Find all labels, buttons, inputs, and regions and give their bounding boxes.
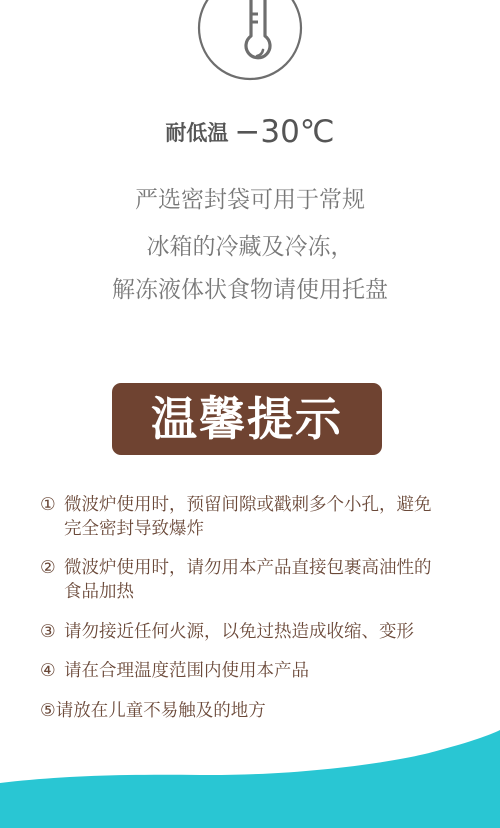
tip-item: ④请在合理温度范围内使用本产品 (40, 659, 470, 683)
description-line: 严选密封袋可用于常规 (0, 181, 500, 214)
tip-text: 请勿接近任何火源，以免过热造成收缩、变形 (64, 622, 414, 642)
tip-number: ③ (40, 620, 64, 644)
tip-item: ①微波炉使用时，预留间隙或戳刺多个小孔，避免 完全密封导致爆炸 (40, 493, 470, 541)
feature-value: −30℃ (234, 114, 334, 150)
description-line: 解冻液体状食物请使用托盘 (0, 271, 500, 304)
tip-text: 请在合理温度范围内使用本产品 (64, 661, 309, 681)
notice-title-banner: 温馨提示 (112, 383, 382, 455)
tip-number: ④ (40, 659, 64, 683)
feature-title: 耐低温−30℃ (0, 114, 500, 150)
tip-text-cont: 食品加热 (40, 580, 470, 604)
tip-text: 微波炉使用时，请勿用本产品直接包裹高油性的 (64, 558, 432, 578)
tip-text: 微波炉使用时，预留间隙或戳刺多个小孔，避免 (64, 495, 432, 515)
tip-item: ③请勿接近任何火源，以免过热造成收缩、变形 (40, 620, 470, 644)
tip-text-cont: 完全密封导致爆炸 (40, 517, 470, 541)
tip-item: ⑤请放在儿童不易触及的地方 (40, 699, 470, 723)
thermometer-icon (196, 0, 304, 82)
tip-number: ① (40, 493, 64, 517)
description-line: 冰箱的冷藏及冷冻， (0, 228, 500, 261)
feature-label: 耐低温 (165, 121, 228, 145)
tip-text: 请放在儿童不易触及的地方 (56, 701, 266, 721)
tip-number: ② (40, 556, 64, 580)
tip-number: ⑤ (40, 701, 56, 721)
tip-item: ②微波炉使用时，请勿用本产品直接包裹高油性的 食品加热 (40, 556, 470, 604)
